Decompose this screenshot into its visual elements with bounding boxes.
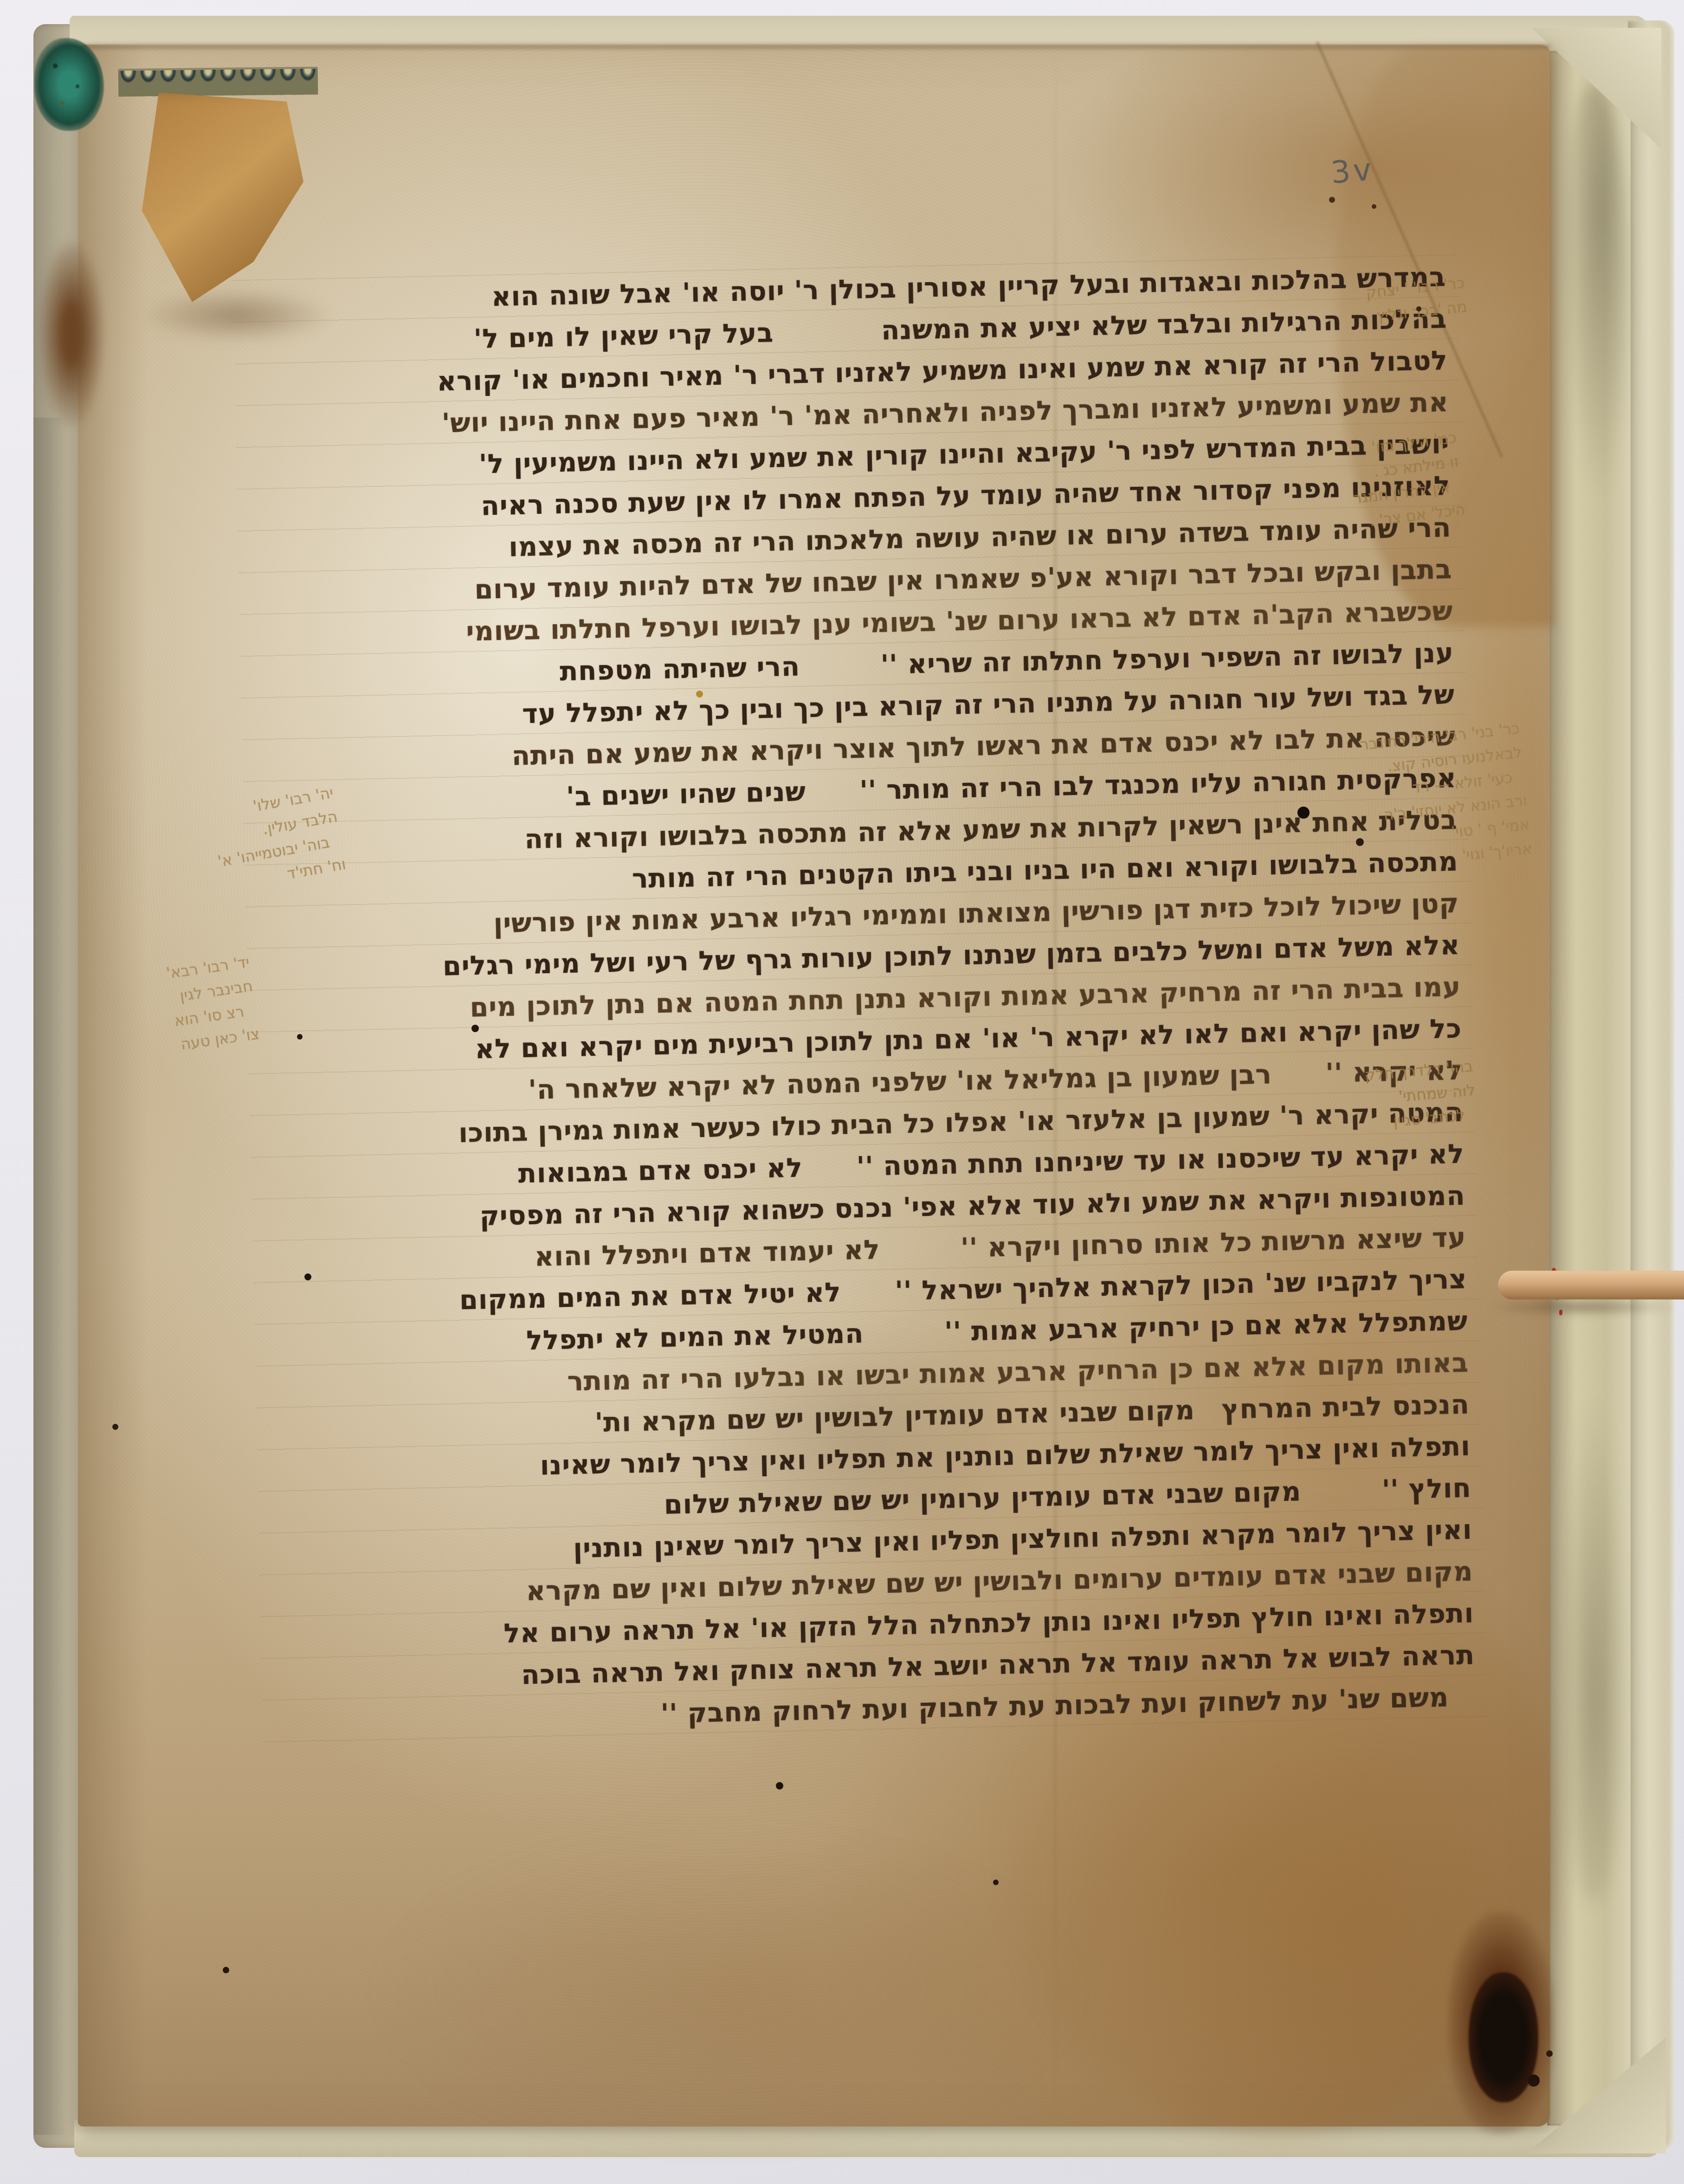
ink-speck [1416, 306, 1421, 311]
parchment-cover-fore-edge [1628, 20, 1674, 2151]
ink-speck [993, 1880, 999, 1885]
stain [381, 1833, 1077, 2149]
wormhole [112, 1424, 118, 1430]
stain [1559, 84, 1629, 501]
ink-spatter [1528, 2074, 1540, 2087]
wormhole [1297, 807, 1310, 819]
stick-shadow [1485, 1298, 1680, 1316]
wormhole [223, 1967, 229, 1973]
folio-number: 3v [1329, 151, 1375, 191]
ink-speck [1329, 197, 1335, 203]
wooden-pointer-stick [1498, 1271, 1684, 1299]
stain [1559, 1392, 1629, 1903]
stain [39, 241, 104, 427]
wax-speck [696, 691, 703, 698]
marbled-endband-strip [118, 67, 318, 97]
page-top-edge [78, 45, 1550, 49]
ink-spatter [1546, 2050, 1553, 2057]
wormhole [776, 1782, 783, 1790]
book-spine-shading [33, 418, 66, 2135]
wormhole [304, 1273, 311, 1280]
wormhole [297, 1034, 303, 1040]
wormhole [471, 1025, 479, 1032]
wormhole [1356, 838, 1364, 846]
photographed-manuscript-scene: במדרש בהלכות ובאגדות ובעל קריין אסורין ב… [0, 0, 1684, 2184]
ink-speck [1372, 204, 1376, 209]
